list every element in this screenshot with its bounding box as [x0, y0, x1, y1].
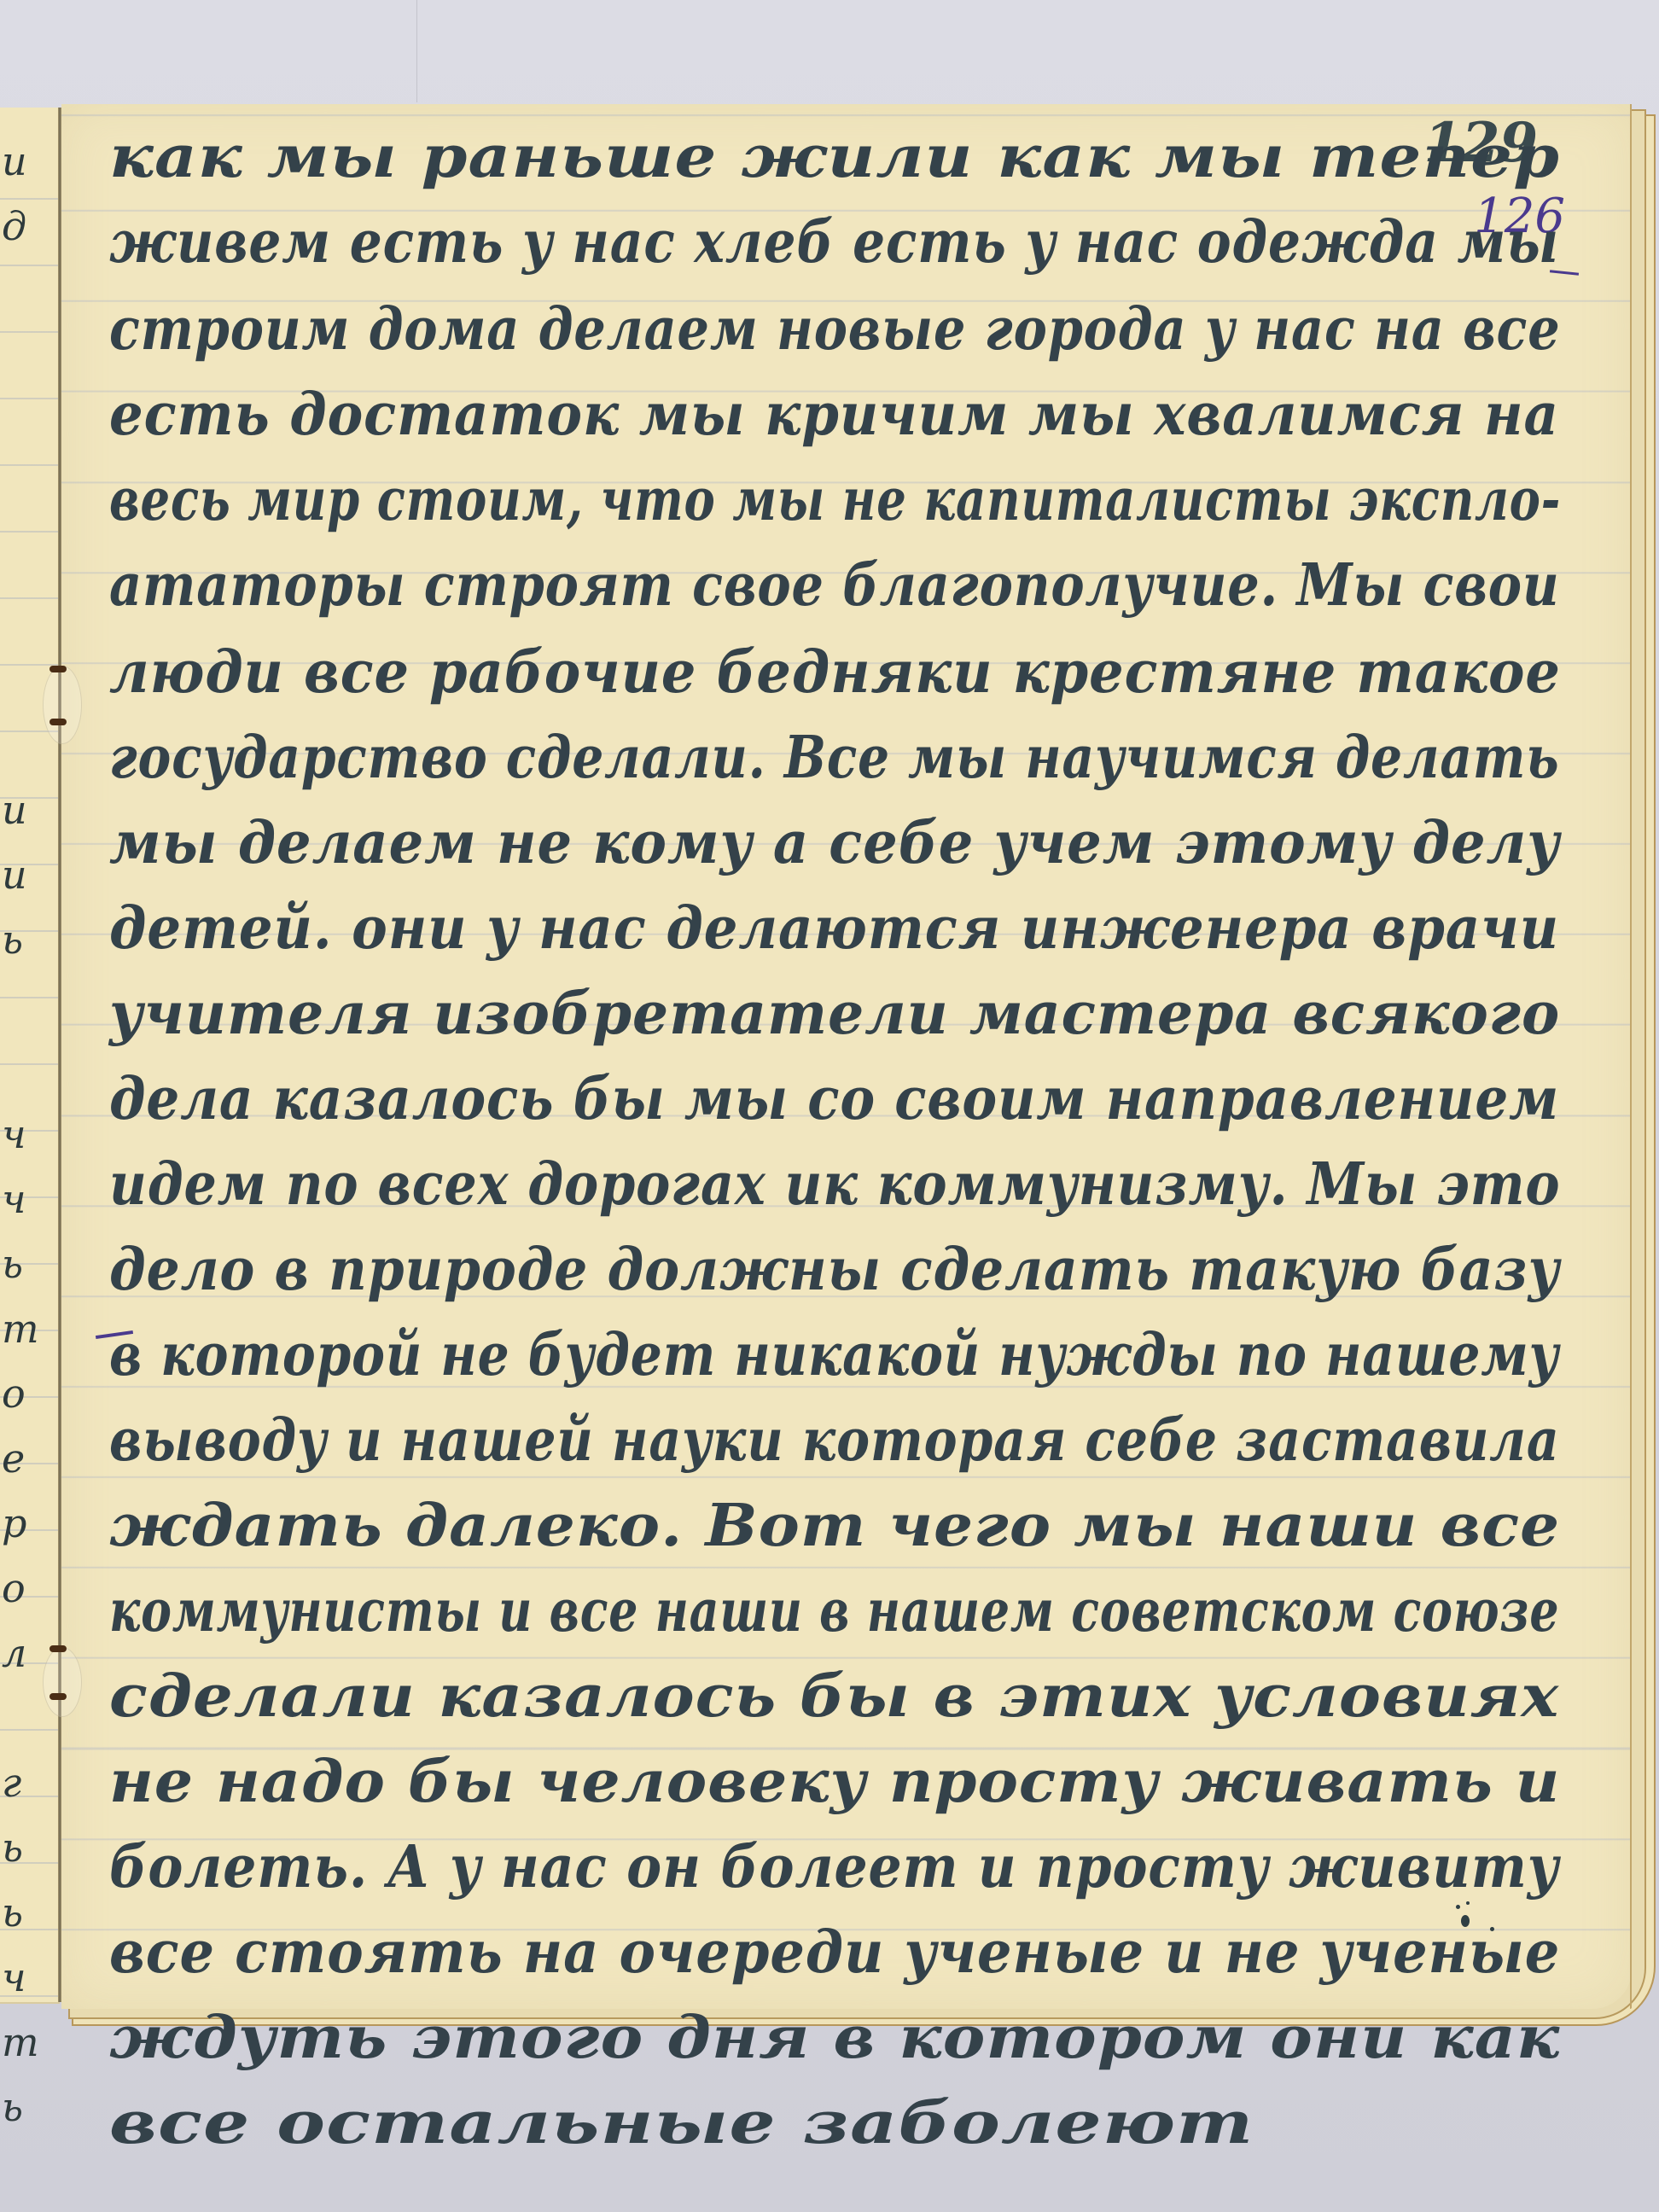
text-line-20: не надо бы человеку просту живать и [109, 1753, 1560, 1811]
text-line-1: как мы раньше жили как мы тепер [109, 128, 1560, 186]
margin-glyph: и [2, 790, 36, 829]
margin-glyph: ч [2, 1115, 36, 1154]
binding-stitch [49, 1645, 67, 1652]
margin-glyph: о [2, 1569, 36, 1608]
margin-glyph: т [2, 1309, 36, 1348]
margin-glyph: ч [2, 1958, 36, 1997]
text-line-2: живем есть у нас хлеб есть у нас одежда … [109, 213, 1559, 271]
previous-page-edge: идииьччьтоеролгььчть [0, 108, 60, 2004]
binding-stitch [49, 719, 67, 725]
text-line-15: в которой не будет никакой нужды по наше… [109, 1326, 1559, 1384]
margin-glyph: и [2, 142, 36, 181]
text-line-4: есть достаток мы кричим мы хвалимся на [109, 386, 1559, 444]
text-line-24: все остальные заболеют [109, 2094, 1254, 2152]
text-line-3: строим дома делаем новые города у нас на… [109, 300, 1561, 358]
text-line-10: детей. они у нас делаются инженера врачи [109, 899, 1559, 958]
binding-bulge-lower [43, 1647, 82, 1717]
margin-glyph: д [2, 207, 36, 246]
text-line-17: ждать далеко. Вот чего мы наши все [109, 1497, 1560, 1555]
notebook-page: 129 126 как мы раньше жили как мы тепер … [61, 104, 1632, 2009]
text-line-18: коммунисты и все наши в нашем советском … [109, 1582, 1559, 1640]
ink-spots [1452, 1898, 1504, 1949]
text-line-13: идем по всех дорогах ик коммунизму. Мы э… [109, 1155, 1560, 1214]
binding-stitch [49, 1693, 67, 1700]
margin-glyph: ь [2, 920, 36, 959]
margin-glyph: ь [2, 1828, 36, 1867]
margin-glyph: ь [2, 1893, 36, 1932]
text-line-5: весь мир стоим, что мы не капиталисты эк… [109, 471, 1561, 529]
binding-bulge-upper [43, 666, 82, 744]
text-line-7: люди все рабочие бедняки крестяне такое [109, 643, 1561, 701]
margin-glyph: ь [2, 2087, 36, 2127]
text-line-14: дело в природе должны сделать такую базу [109, 1241, 1560, 1299]
text-line-12: дела казалось бы мы со своим направление… [109, 1070, 1559, 1128]
text-line-11: учителя изобретатели мастера всякого [109, 985, 1560, 1043]
text-line-16: выводу и нашей науки которая себе застав… [109, 1412, 1560, 1470]
previous-page-rule-lines [0, 108, 60, 2002]
text-line-23: ждуть этого дня в котором они как [109, 2009, 1560, 2067]
text-line-6: ататоры строят свое благополучие. Мы сво… [109, 556, 1560, 614]
margin-glyph: л [2, 1633, 36, 1673]
margin-glyph: т [2, 2023, 36, 2062]
text-line-21: болеть. А у нас он болеет и просту живит… [109, 1838, 1559, 1896]
text-line-8: государство сделали. Все мы научимся дел… [109, 729, 1559, 787]
margin-glyph: е [2, 1439, 36, 1478]
margin-glyph: ч [2, 1179, 36, 1219]
binding-stitch [49, 666, 67, 672]
page-right-edge [1630, 104, 1632, 2009]
background-seam [416, 0, 417, 102]
binding-spine [58, 108, 61, 2002]
margin-glyph: о [2, 1374, 36, 1413]
margin-glyph: г [2, 1763, 36, 1802]
text-line-9: мы делаем не кому а себе учем этому делу [109, 814, 1560, 872]
text-line-22: все стоять на очереди ученые и не ученые [109, 1924, 1560, 1982]
margin-glyph: р [2, 1504, 36, 1543]
text-line-19: сделали казалось бы в этих условиях [109, 1668, 1559, 1726]
margin-glyph: и [2, 855, 36, 894]
margin-glyph: ь [2, 1244, 36, 1284]
